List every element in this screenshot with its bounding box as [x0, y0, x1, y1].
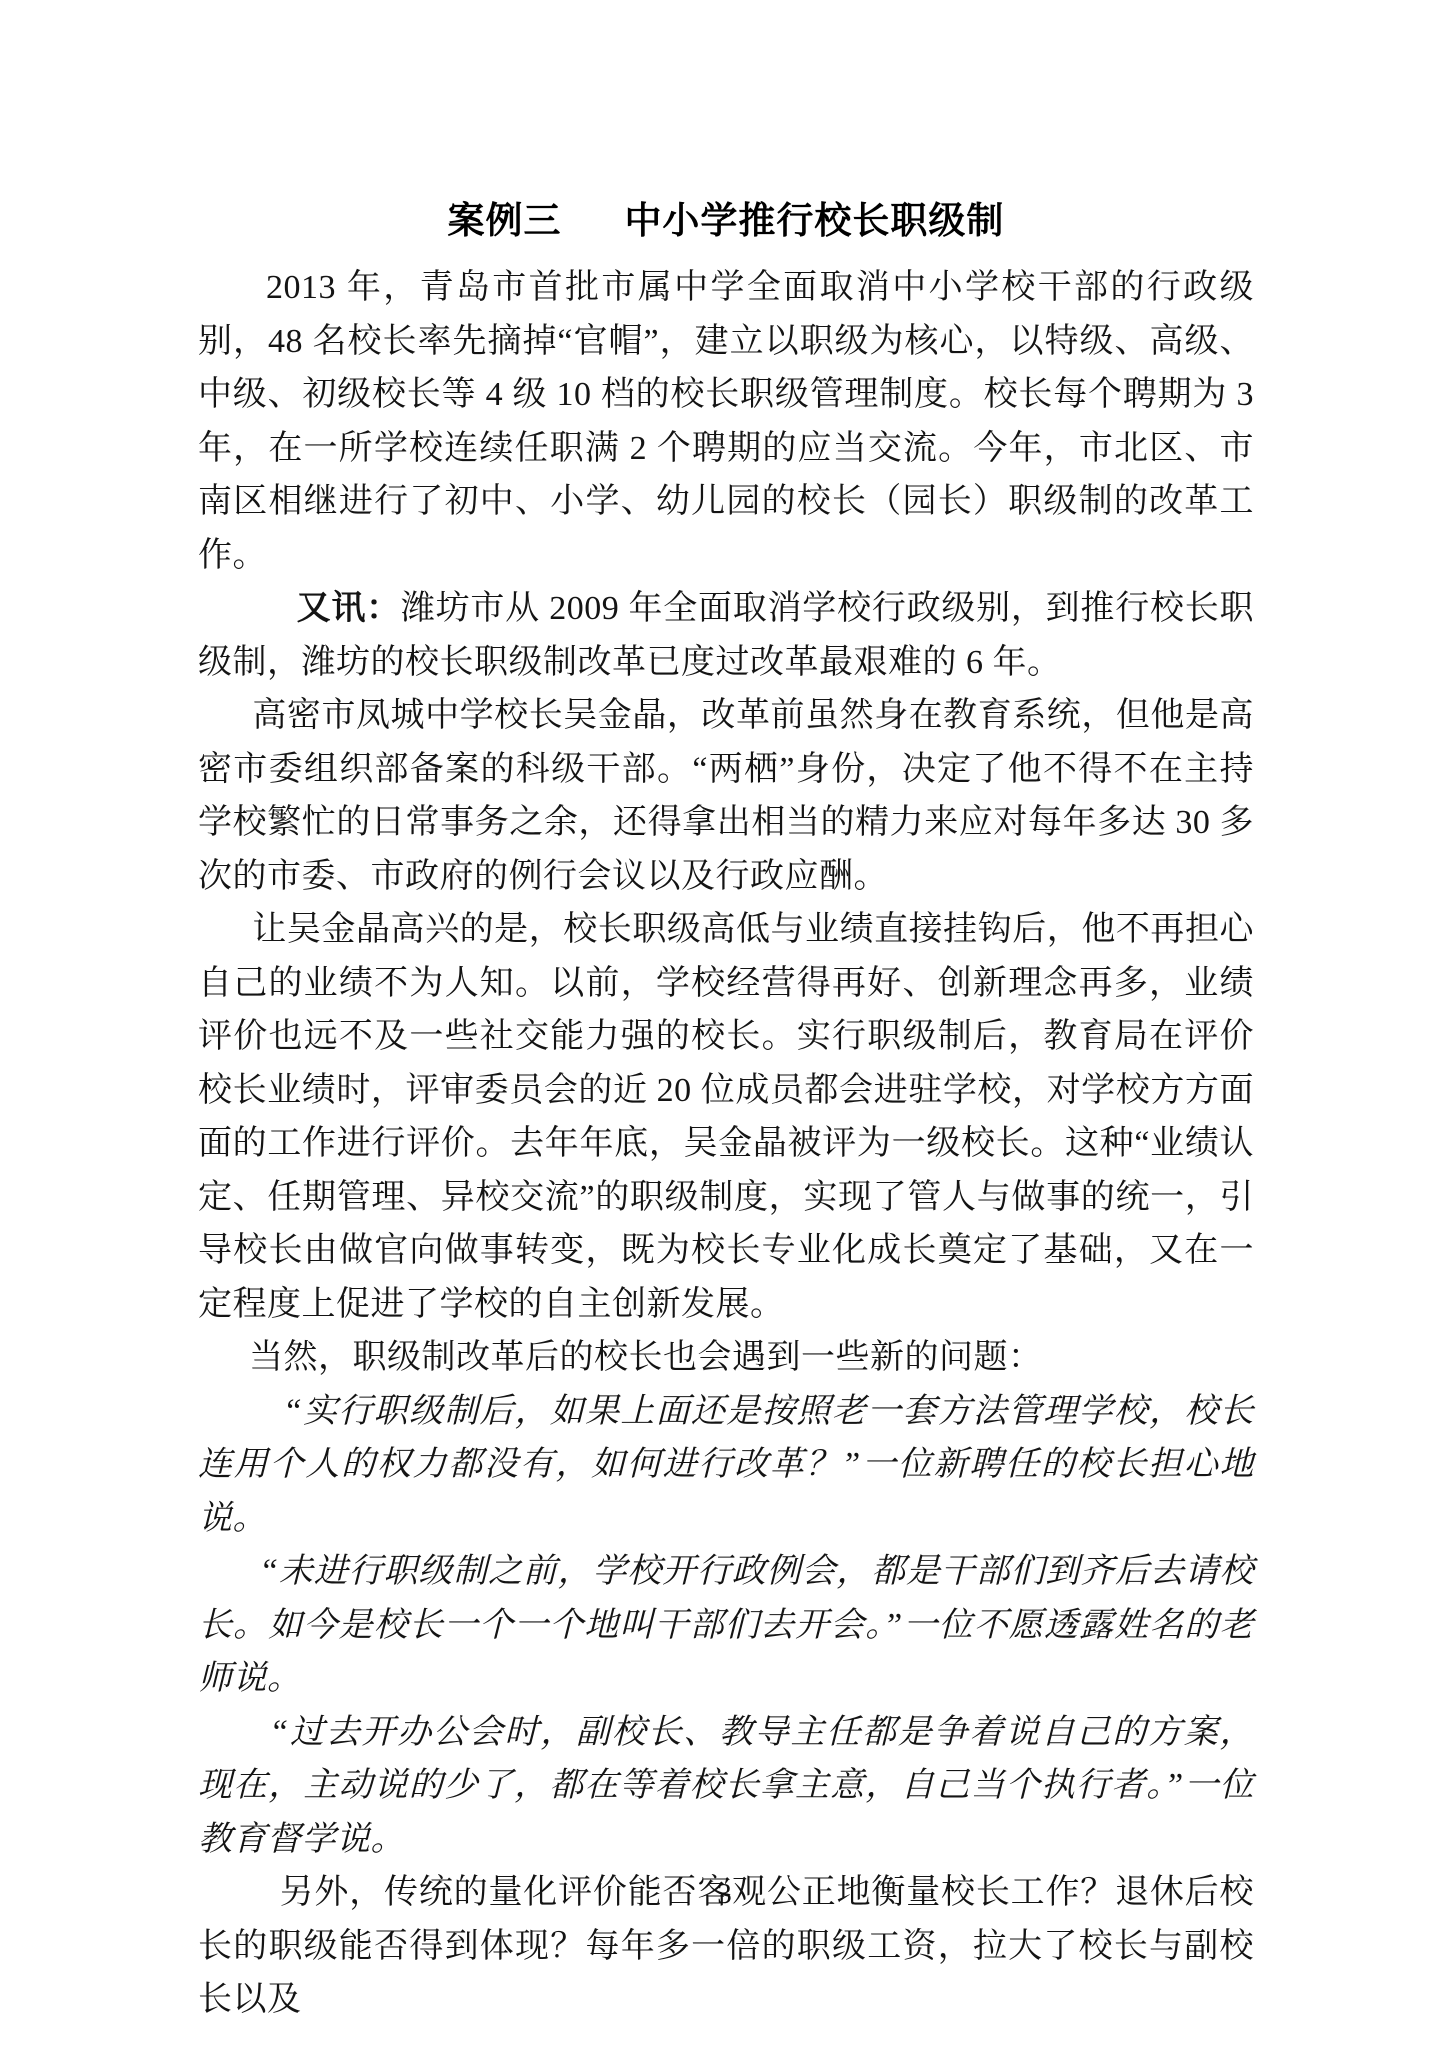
- paragraph-weifang-news: 又讯：潍坊市从 2009 年全面取消学校行政级别，到推行校长职级制，潍坊的校长职…: [198, 582, 1254, 689]
- page-number: 3: [0, 1876, 1449, 1912]
- quote-anonymous-teacher: “未进行职级制之前，学校开行政例会，都是干部们到齐后去请校长。如今是校长一个一个…: [198, 1545, 1254, 1706]
- paragraph-rank-evaluation: 让吴金晶高兴的是，校长职级高低与业绩直接挂钩后，他不再担心自己的业绩不为人知。以…: [198, 903, 1254, 1331]
- paragraph-qingdao-reform: 2013 年，青岛市首批市属中学全面取消中小学校干部的行政级别，48 名校长率先…: [198, 261, 1254, 582]
- paragraph-new-problems-intro: 当然，职级制改革后的校长也会遇到一些新的问题：: [198, 1331, 1254, 1385]
- document-page: 案例三中小学推行校长职级制 2013 年，青岛市首批市属中学全面取消中小学校干部…: [0, 0, 1449, 2048]
- quote-education-supervisor: “过去开办公会时，副校长、教导主任都是争着说自己的方案，现在，主动说的少了，都在…: [198, 1706, 1254, 1867]
- title-case-label: 案例三: [448, 200, 562, 241]
- news-lead-label: 又讯：: [297, 589, 401, 627]
- document-body: 案例三中小学推行校长职级制 2013 年，青岛市首批市属中学全面取消中小学校干部…: [198, 194, 1254, 2027]
- title-subject: 中小学推行校长职级制: [624, 200, 1004, 241]
- page-title: 案例三中小学推行校长职级制: [198, 194, 1254, 248]
- paragraph-wujinjing-background: 高密市凤城中学校长吴金晶，改革前虽然身在教育系统，但他是高密市委组织部备案的科级…: [198, 689, 1254, 903]
- quote-new-principal: “实行职级制后，如果上面还是按照老一套方法管理学校，校长连用个人的权力都没有，如…: [198, 1385, 1254, 1546]
